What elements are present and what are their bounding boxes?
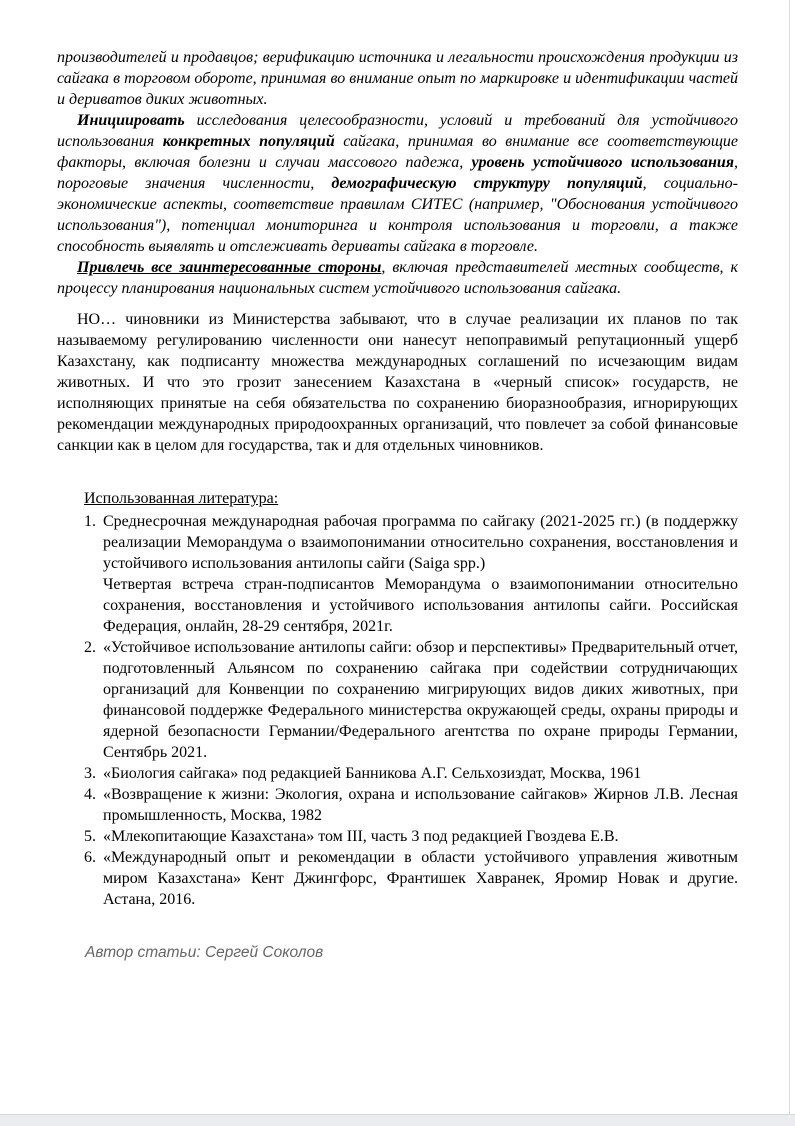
bibliography-item-number: 6.	[84, 847, 103, 910]
bibliography-item-number: 4.	[84, 784, 103, 826]
bibliography-item-paragraph: «Биология сайгака» под редакцией Баннико…	[103, 763, 738, 784]
bibliography-item-paragraph: Четвертая встреча стран-подписантов Мемо…	[103, 574, 738, 637]
bibliography-item-number: 2.	[84, 637, 103, 763]
bibliography-heading: Использованная литература:	[84, 488, 738, 509]
bibliography-item-paragraph: Среднесрочная международная рабочая прог…	[103, 511, 738, 574]
bibliography-item-paragraph: «Млекопитающие Казахстана» том III, част…	[103, 826, 738, 847]
para-initiate-run: демографическую структуру популяций	[331, 175, 642, 192]
document-page: производителей и продавцов; верификацию …	[0, 0, 790, 1114]
bibliography-item-text: «Биология сайгака» под редакцией Баннико…	[103, 763, 738, 784]
bibliography-item-text: Среднесрочная международная рабочая прог…	[103, 511, 738, 637]
para-initiate-run: Инициировать	[77, 112, 185, 129]
para-but-run: НО… чиновники из Министерства забывают, …	[57, 311, 738, 454]
bibliography-item-4: 4.«Возвращение к жизни: Экология, охрана…	[84, 784, 738, 826]
body-paragraphs: производителей и продавцов; верификацию …	[57, 47, 738, 456]
bibliography-item-1: 1.Среднесрочная международная рабочая пр…	[84, 511, 738, 637]
para-involve: Привлечь все заинтересованные стороны, в…	[57, 257, 738, 299]
bibliography-item-number: 5.	[84, 826, 103, 847]
para-initiate-run: уровень устойчивого использования	[472, 154, 734, 171]
bibliography-item-paragraph: «Международный опыт и рекомендации в обл…	[103, 847, 738, 910]
para-initiate-run: конкретных популяций	[163, 133, 335, 150]
para-continuation-run: производителей и продавцов; верификацию …	[57, 49, 738, 108]
para-involve-run: Привлечь все заинтересованные стороны	[77, 259, 381, 276]
para-but: НО… чиновники из Министерства забывают, …	[57, 309, 738, 456]
bibliography-item-text: «Млекопитающие Казахстана» том III, част…	[103, 826, 738, 847]
bibliography-item-paragraph: «Возвращение к жизни: Экология, охрана и…	[103, 784, 738, 826]
bibliography-item-2: 2.«Устойчивое использование антилопы сай…	[84, 637, 738, 763]
bibliography-item-text: «Возвращение к жизни: Экология, охрана и…	[103, 784, 738, 826]
bibliography-item-number: 1.	[84, 511, 103, 637]
bibliography-item-paragraph: «Устойчивое использование антилопы сайги…	[103, 637, 738, 763]
page-bottom-gutter	[0, 1114, 795, 1126]
bibliography-item-5: 5.«Млекопитающие Казахстана» том III, ча…	[84, 826, 738, 847]
para-continuation: производителей и продавцов; верификацию …	[57, 47, 738, 110]
bibliography-item-3: 3.«Биология сайгака» под редакцией Банни…	[84, 763, 738, 784]
page-content: производителей и продавцов; верификацию …	[57, 47, 738, 963]
bibliography-item-number: 3.	[84, 763, 103, 784]
bibliography-item-text: «Устойчивое использование антилопы сайги…	[103, 637, 738, 763]
bibliography-list: 1.Среднесрочная международная рабочая пр…	[57, 511, 738, 910]
para-initiate: Инициировать исследования целесообразнос…	[57, 110, 738, 257]
bibliography-item-6: 6.«Международный опыт и рекомендации в о…	[84, 847, 738, 910]
author-line: Автор статьи: Сергей Соколов	[85, 943, 738, 963]
bibliography-item-text: «Международный опыт и рекомендации в обл…	[103, 847, 738, 910]
